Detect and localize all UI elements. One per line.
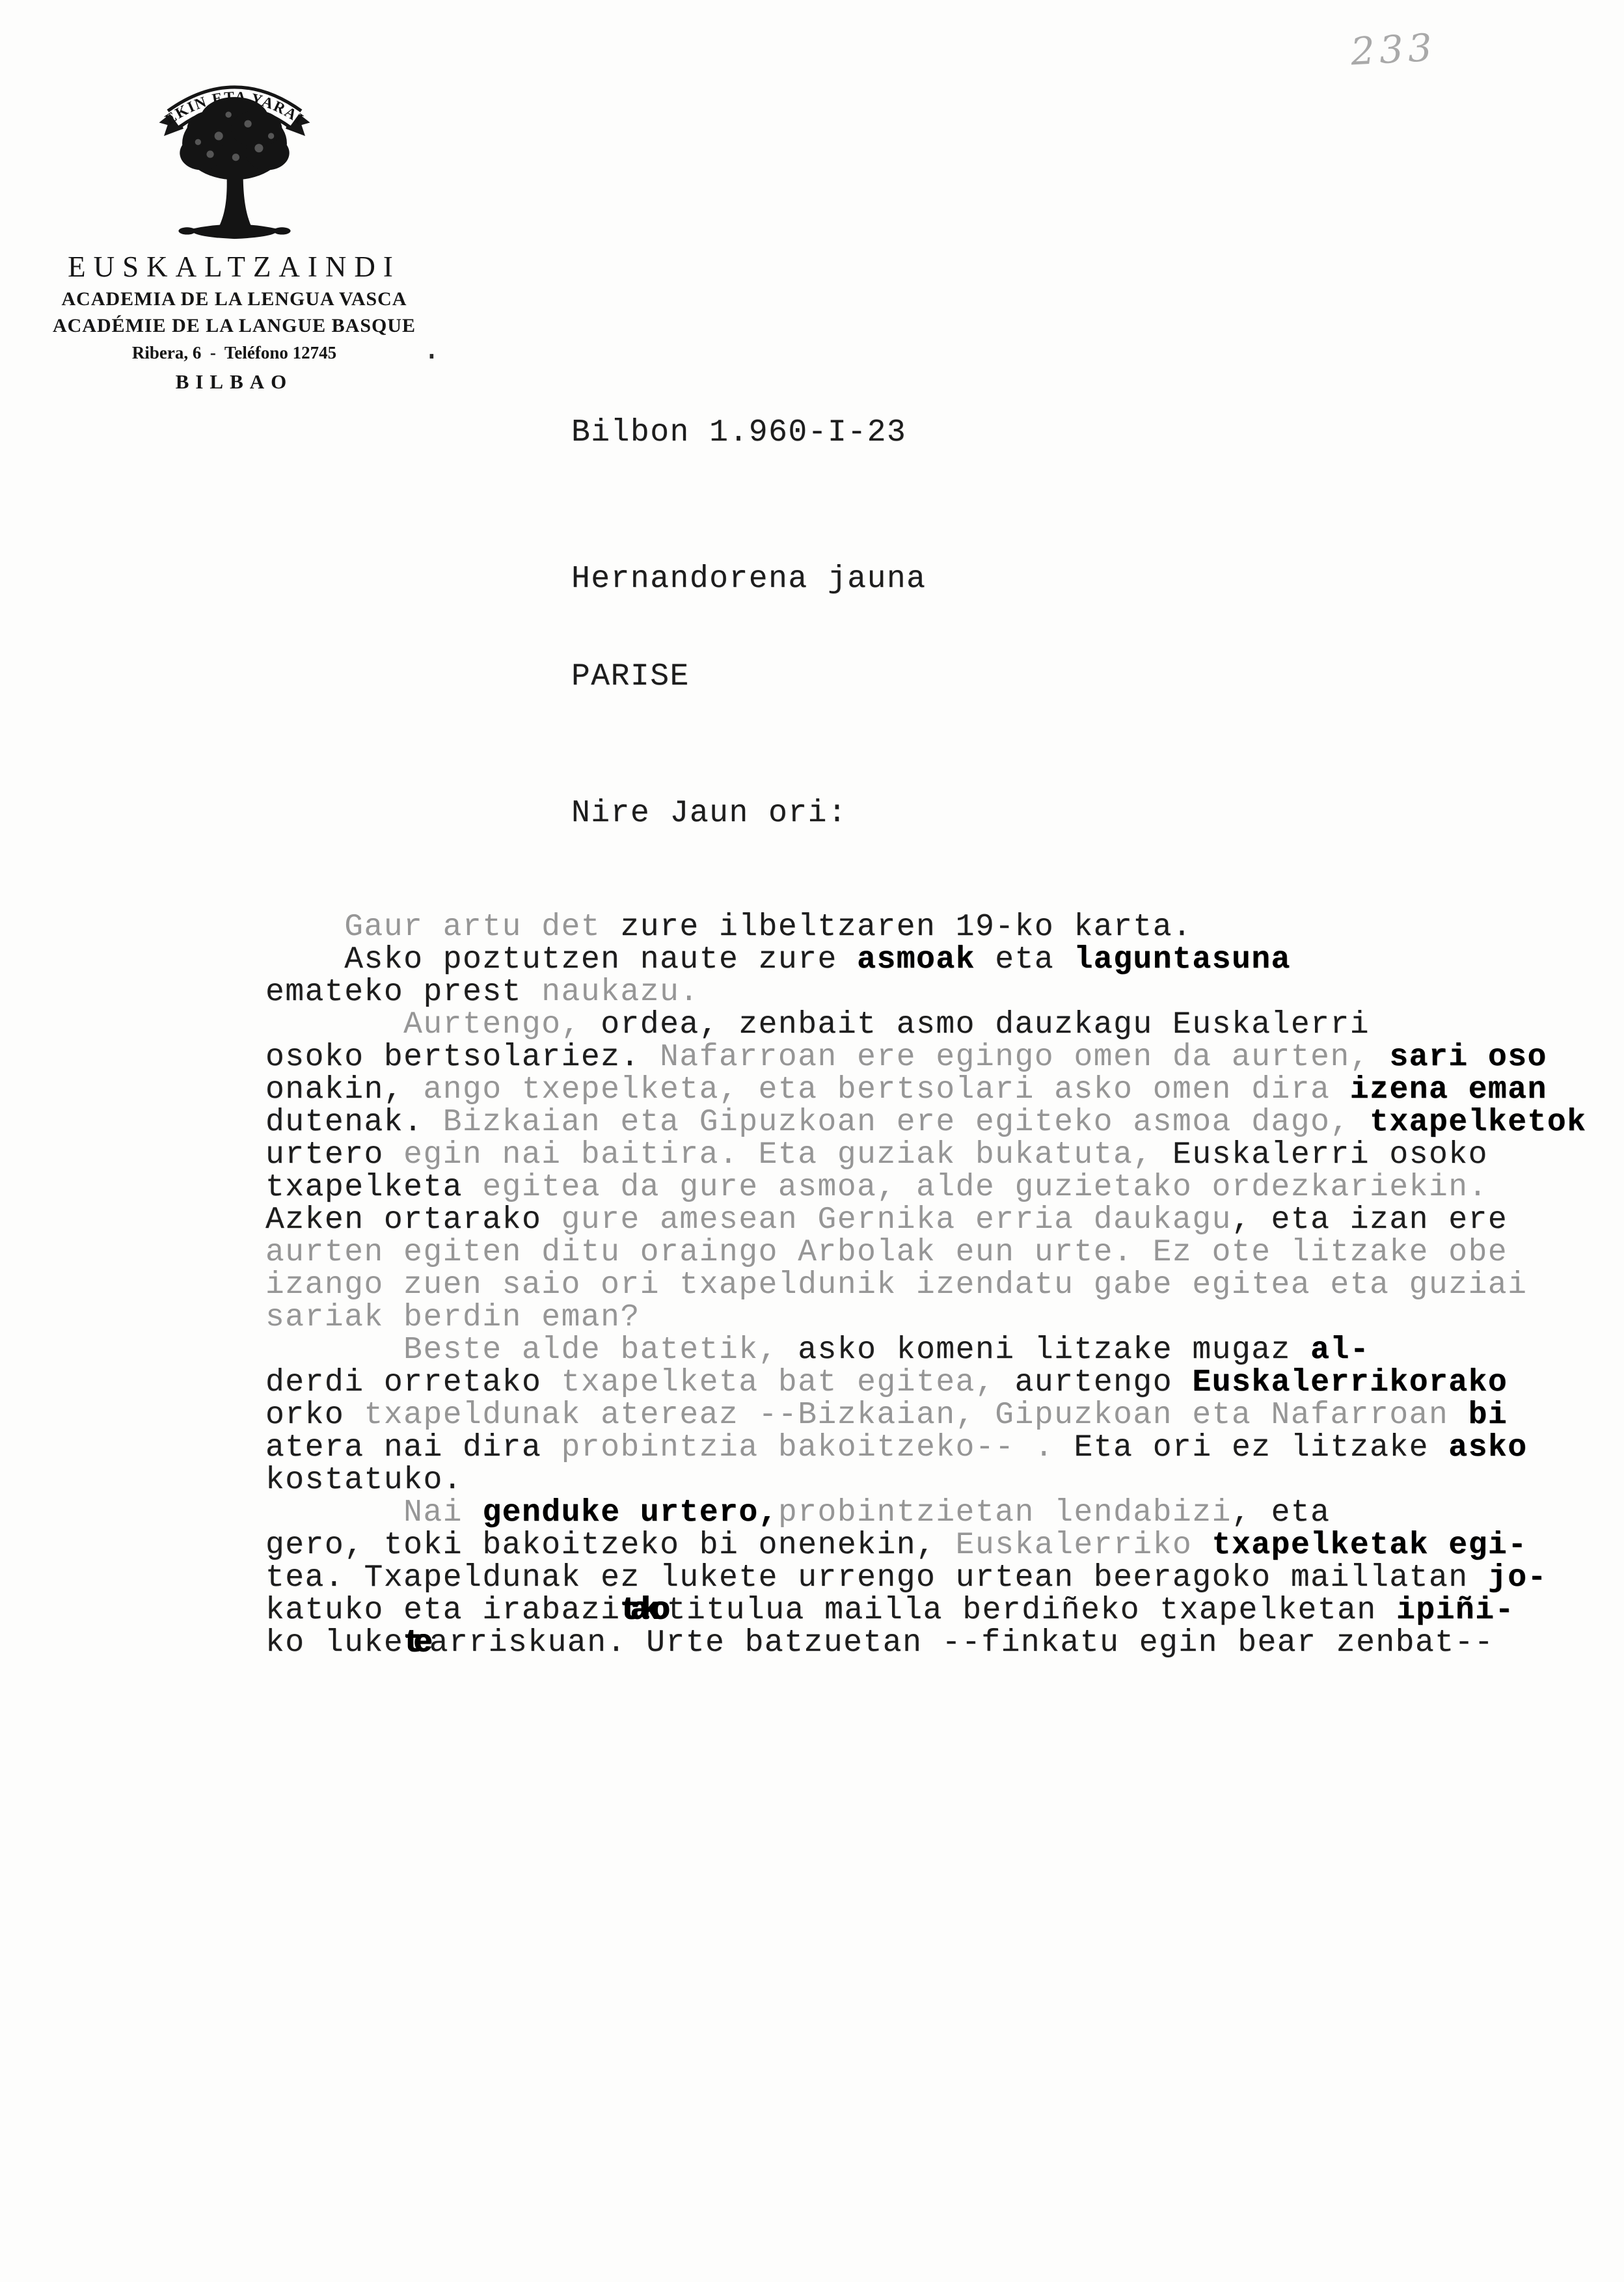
letter-line: izango zuen saio ori txapeldunik izendat…: [265, 1269, 1586, 1301]
letter-text-segment: egitea da gure asmoa, alde guzietako ord…: [482, 1170, 1488, 1205]
letter-text-segment: [265, 1333, 403, 1368]
org-subtitle-es: ACADEMIA DE LA LENGUA VASCA: [49, 288, 420, 310]
letter-text-segment: Nafarroan ere egingo omen da aurten,: [660, 1040, 1389, 1075]
letter-text-segment: Aurtengo,: [403, 1007, 601, 1042]
letter-text-segment: Euskalerriko: [956, 1528, 1212, 1563]
letter-text-segment: txapelketak egi-: [1212, 1528, 1528, 1563]
letter-text-segment: tako: [620, 1593, 661, 1628]
letter-text-segment: [265, 910, 344, 945]
letter-text-segment: Eta ori ez litzake: [1074, 1430, 1449, 1465]
letter-line: Beste alde batetik, asko komeni litzake …: [265, 1334, 1586, 1366]
letter-line: dutenak. Bizkaian eta Gipuzkoan ere egit…: [265, 1106, 1586, 1139]
letter-text-segment: orko: [265, 1398, 364, 1433]
letter-text-segment: ko luke: [265, 1625, 403, 1661]
letter-text-segment: asmoak: [857, 942, 975, 977]
letter-text-segment: katuko eta irabazi: [265, 1593, 620, 1628]
letter-line: emateko prest naukazu.: [265, 976, 1586, 1009]
letter-body: Gaur artu det zure ilbeltzaren 19-ko kar…: [265, 911, 1586, 1659]
letter-text-segment: , eta izan ere: [1232, 1202, 1508, 1238]
letter-text-segment: aurtengo: [1015, 1365, 1193, 1400]
letter-text-segment: sariak berdin eman?: [265, 1300, 640, 1335]
euskaltzaindia-tree-logo: EKIN ETA YARAI: [155, 51, 314, 239]
letter-text-segment: jo-: [1488, 1560, 1547, 1596]
letter-line: Nai genduke urtero,probintzietan lendabi…: [265, 1497, 1586, 1529]
letter-text-segment: izango zuen saio ori txapeldunik izendat…: [265, 1268, 1528, 1303]
letter-text-segment: genduke urtero,: [482, 1495, 778, 1530]
letter-text-segment: izena eman: [1350, 1072, 1547, 1107]
letter-text-segment: [265, 1495, 403, 1530]
letter-text-segment: txapelketa: [265, 1170, 482, 1205]
oak-tree: [178, 97, 290, 239]
letter-text-segment: Euskalerri osoko: [1172, 1137, 1488, 1173]
letter-text-segment: naukazu.: [541, 975, 699, 1010]
letter-line: atera nai dira probintzia bakoitzeko-- .…: [265, 1432, 1586, 1464]
letter-text-segment: al-: [1310, 1333, 1370, 1368]
letter-text-segment: zure ilbeltzaren 19-ko karta.: [620, 910, 1192, 945]
letter-text-segment: osoko bertsolariez.: [265, 1040, 660, 1075]
letter-line: sariak berdin eman?: [265, 1301, 1586, 1334]
letter-text-segment: titulua mailla berdiñeko txapelketan: [667, 1593, 1396, 1628]
letter-line: Gaur artu det zure ilbeltzaren 19-ko kar…: [265, 911, 1586, 944]
letter-text-segment: kostatuko.: [265, 1463, 463, 1498]
letter-line: txapelketa egitea da gure asmoa, alde gu…: [265, 1171, 1586, 1204]
letter-text-segment: egin nai baitira. Eta guziak bukatuta,: [403, 1137, 1172, 1173]
letter-text-segment: dutenak.: [265, 1105, 443, 1140]
letter-line: Azken ortarako gure amesean Gernika erri…: [265, 1204, 1586, 1236]
letter-line: katuko eta irabazitakotitulua mailla ber…: [265, 1594, 1586, 1627]
letter-text-segment: ipiñi-: [1396, 1593, 1515, 1628]
letter-text-segment: urtero: [265, 1137, 403, 1173]
letter-salutation: Nire Jaun ori:: [265, 797, 1586, 830]
letter-text-segment: probintzietan lendabizi: [778, 1495, 1232, 1530]
letter-text-segment: asko komeni litzake mugaz: [798, 1333, 1310, 1368]
org-name: EUSKALTZAINDI: [49, 250, 420, 284]
letter-text-segment: Azken ortarako: [265, 1202, 562, 1238]
letter-text-segment: Bizkaian eta Gipuzkoan ere egiteko asmoa…: [443, 1105, 1370, 1140]
letter-text-segment: gero, toki bakoitzeko bi onenekin,: [265, 1528, 956, 1563]
letter-text-segment: tea. Txapeldunak ez lukete urrengo urtea…: [265, 1560, 1488, 1596]
letter-text-segment: bi: [1468, 1398, 1508, 1433]
letter-text-segment: aurten egiten ditu oraingo Arbolak eun u…: [265, 1235, 1508, 1270]
letter-recipient-name: Hernandorena jauna: [265, 563, 1586, 595]
letter-line: aurten egiten ditu oraingo Arbolak eun u…: [265, 1236, 1586, 1269]
letter-text-segment: arriskuan. Urte batzuetan --finkatu egin…: [429, 1625, 1494, 1661]
org-subtitle-fr: ACADÉMIE DE LA LANGUE BASQUE: [49, 315, 420, 337]
letter-text-segment: atera nai dira: [265, 1430, 562, 1465]
letter-text-segment: txapelketok: [1370, 1105, 1586, 1140]
letter-line: Aurtengo, ordea, zenbait asmo dauzkagu E…: [265, 1009, 1586, 1041]
letterhead: EKIN ETA YARAI EUSKALTZ: [49, 51, 420, 394]
scanned-letter-page: 233 EKIN ETA YARAI: [0, 0, 1624, 2282]
letter-text-segment: ordea, zenbait asmo dauzkagu Euskalerri: [601, 1007, 1370, 1042]
letter-line: orko txapeldunak atereaz --Bizkaian, Gip…: [265, 1399, 1586, 1432]
letter-text-segment: , eta: [1232, 1495, 1331, 1530]
handwritten-page-number: 233: [1349, 25, 1437, 74]
letter-text-segment: laguntasuna: [1074, 942, 1291, 977]
letter-text-segment: Nai: [403, 1495, 482, 1530]
letter-text-segment: txapeldunak atereaz --Bizkaian, Gipuzkoa…: [364, 1398, 1468, 1433]
letter-line: osoko bertsolariez. Nafarroan ere egingo…: [265, 1041, 1586, 1074]
letter-line: gero, toki bakoitzeko bi onenekin, Euska…: [265, 1529, 1586, 1562]
letter-text-segment: Gaur artu det: [344, 910, 620, 945]
letter-text-segment: Beste alde batetik,: [403, 1333, 798, 1368]
letter-text-segment: derdi orretako: [265, 1365, 562, 1400]
letter-text-segment: sari oso: [1389, 1040, 1547, 1075]
letter-text-segment: te: [403, 1625, 424, 1661]
letter-text-segment: ango txepelketa, eta bertsolari asko ome…: [423, 1072, 1349, 1107]
letter-line: Asko poztutzen naute zure asmoak eta lag…: [265, 944, 1586, 976]
letter-recipient-city: PARISE: [265, 660, 1586, 693]
letter-text-segment: asko: [1448, 1430, 1527, 1465]
letter-text-segment: gure amesean Gernika erria daukagu: [562, 1202, 1232, 1238]
letter-line: ko luketearriskuan. Urte batzuetan --fin…: [265, 1627, 1586, 1659]
letter-text-segment: emateko prest: [265, 975, 541, 1010]
letter-text-segment: [265, 1007, 403, 1042]
letter-text-segment: txapelketa bat egitea,: [562, 1365, 1015, 1400]
letter-text-segment: onakin,: [265, 1072, 423, 1107]
letter-date: Bilbon 1.960-I-23: [265, 416, 1586, 449]
letter-text-segment: Euskalerrikorako: [1192, 1365, 1508, 1400]
letter-line: kostatuko.: [265, 1464, 1586, 1497]
letter-text-segment: probintzia bakoitzeko-- .: [562, 1430, 1074, 1465]
letter-line: derdi orretako txapelketa bat egitea, au…: [265, 1366, 1586, 1399]
letter-content: Bilbon 1.960-I-23 Hernandorena jauna PAR…: [265, 351, 1586, 1724]
letter-text-segment: eta: [975, 942, 1074, 977]
letter-line: onakin, ango txepelketa, eta bertsolari …: [265, 1074, 1586, 1106]
letter-line: urtero egin nai baitira. Eta guziak buka…: [265, 1139, 1586, 1171]
letter-text-segment: Asko poztutzen naute zure: [265, 942, 857, 977]
letter-line: tea. Txapeldunak ez lukete urrengo urtea…: [265, 1562, 1586, 1594]
